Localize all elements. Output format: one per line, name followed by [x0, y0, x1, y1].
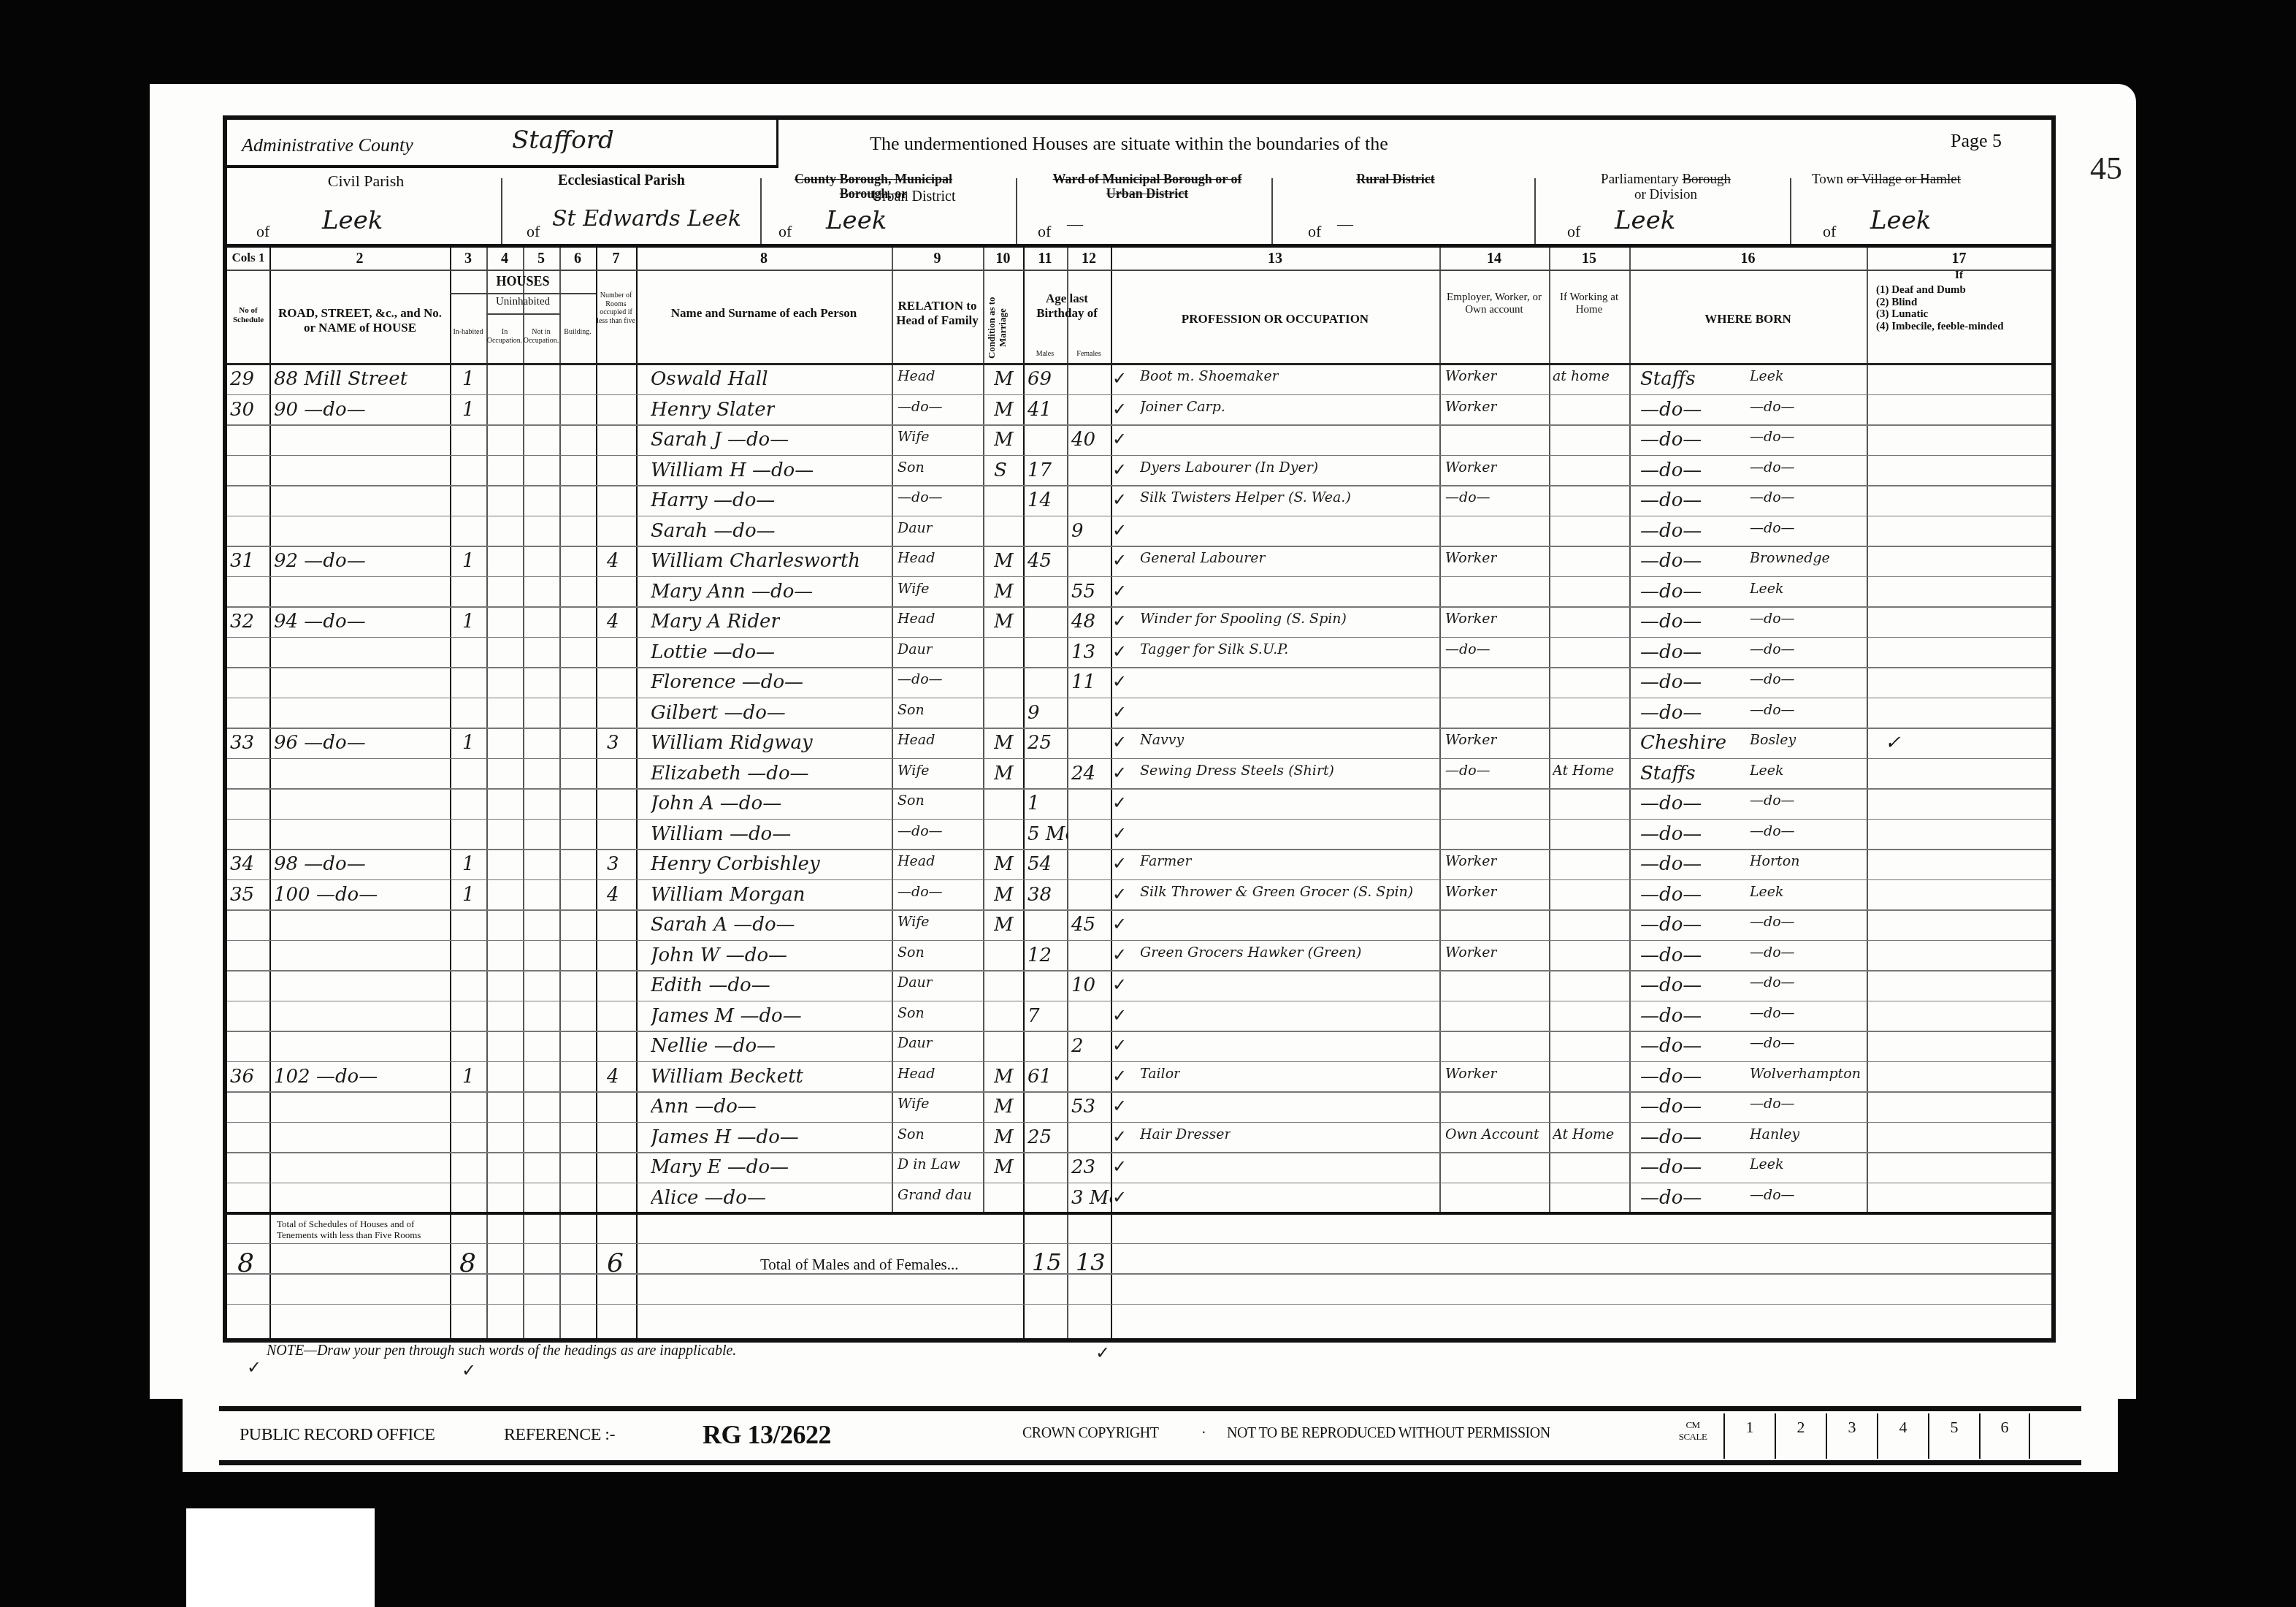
row-occupation: Farmer: [1140, 853, 1192, 869]
sheet-number: 45: [2090, 150, 2122, 187]
check-mark-icon: ✓: [1112, 671, 1127, 692]
row-occupation: Tailor: [1140, 1066, 1180, 1082]
table-row: Lottie —do—Daur13Tagger for Silk S.U.P.—…: [227, 638, 2051, 669]
table-row: James H —do—SonM25Hair DresserOwn Accoun…: [227, 1123, 2051, 1154]
table-row: Florence —do——do—11—do——do—✓: [227, 668, 2051, 699]
census-form: Administrative County Stafford The under…: [223, 115, 2056, 1343]
row-rooms: 4: [607, 611, 619, 633]
row-age-female: 2: [1071, 1035, 1084, 1057]
row-inhabited: 1: [462, 732, 475, 754]
row-age-male: 5 Mo: [1028, 823, 1068, 845]
row-name: Alice —do—: [651, 1187, 766, 1209]
row-relation: —do—: [898, 884, 943, 900]
row-relation: Head: [898, 1066, 935, 1082]
row-relation: Daur: [898, 641, 933, 657]
check-mark-icon: ✓: [1112, 732, 1127, 753]
row-born-county: —do—: [1640, 1066, 1702, 1088]
check-mark-icon: ✓: [1112, 793, 1127, 814]
table-row: Sarah A —do—WifeM45—do——do—✓: [227, 911, 2051, 942]
row-born-county: —do—: [1640, 974, 1702, 996]
row-relation: Head: [898, 853, 935, 869]
row-address: 90 —do—: [274, 399, 366, 421]
row-relation: Head: [898, 368, 935, 384]
row-infirmity: ✓: [1885, 732, 1901, 754]
check-mark-icon: ✓: [1112, 611, 1127, 632]
row-condition: M: [994, 368, 1014, 390]
row-relation: Wife: [898, 763, 930, 779]
row-age-female: 23: [1071, 1156, 1095, 1178]
table-row: Elizabeth —do—WifeM24Sewing Dress Steels…: [227, 760, 2051, 790]
row-born-county: —do—: [1640, 429, 1702, 451]
row-name: Sarah J —do—: [651, 429, 789, 451]
urban-district-label: Urban District: [862, 188, 965, 205]
row-name: Ann —do—: [651, 1096, 757, 1118]
row-born-place: —do—: [1750, 793, 1795, 809]
row-relation: Son: [898, 1126, 925, 1142]
row-inhabited: 1: [462, 884, 475, 906]
row-name: William Beckett: [651, 1066, 803, 1088]
row-employment: Worker: [1445, 853, 1497, 869]
table-row: 35100 —do—14William Morgan—do—M38Silk Th…: [227, 881, 2051, 912]
row-inhabited: 1: [462, 368, 475, 390]
row-born-county: —do—: [1640, 853, 1702, 875]
table-row: Sarah —do—Daur9—do——do—✓: [227, 517, 2051, 548]
row-inhabited: 1: [462, 550, 475, 572]
ward-value: —: [1067, 215, 1083, 234]
row-born-county: —do—: [1640, 1187, 1702, 1209]
row-address: 98 —do—: [274, 853, 366, 875]
row-born-place: Leek: [1750, 884, 1784, 900]
row-born-county: Staffs: [1640, 763, 1696, 785]
row-relation: —do—: [898, 489, 943, 505]
civil-parish-label: Civil Parish: [256, 172, 475, 190]
row-employment: Worker: [1445, 459, 1497, 476]
row-born-place: Brownedge: [1750, 550, 1830, 566]
table-row: Mary E —do—D in LawM23—do—Leek✓: [227, 1153, 2051, 1184]
row-employment: Worker: [1445, 399, 1497, 415]
row-age-female: 40: [1071, 429, 1095, 451]
check-mark-icon: ✓: [1112, 974, 1127, 996]
row-condition: M: [994, 399, 1014, 421]
row-born-place: —do—: [1750, 520, 1795, 536]
row-at-home: At Home: [1553, 763, 1614, 779]
table-row: Alice —do—Grand dau3 Mo—do——do—✓: [227, 1184, 2051, 1215]
total-males-females-label: Total of Males and of Females...: [760, 1256, 958, 1274]
row-age-female: 48: [1071, 611, 1095, 633]
check-mark-icon: ✓: [1112, 1126, 1127, 1148]
row-relation: Daur: [898, 974, 933, 990]
row-age-male: 61: [1028, 1066, 1052, 1088]
row-born-place: Leek: [1750, 1156, 1784, 1172]
row-name: Florence —do—: [651, 671, 803, 693]
row-condition: S: [994, 459, 1007, 481]
row-relation: —do—: [898, 671, 943, 687]
row-born-place: —do—: [1750, 489, 1795, 505]
row-occupation: Winder for Spooling (S. Spin): [1140, 611, 1347, 627]
check-mark-icon: ✓: [1112, 823, 1127, 844]
row-occupation: Silk Twisters Helper (S. Wea.): [1140, 489, 1351, 505]
row-born-county: —do—: [1640, 641, 1702, 663]
row-born-place: —do—: [1750, 399, 1795, 415]
col-infirmity-heading: (1) Deaf and Dumb(2) Blind(3) Lunatic(4)…: [1876, 284, 2004, 332]
row-relation: Son: [898, 793, 925, 809]
check-mark-icon: ✓: [1112, 1187, 1127, 1208]
check-mark-icon: ✓: [1112, 1066, 1127, 1087]
row-occupation: General Labourer: [1140, 550, 1266, 566]
row-age-male: 69: [1028, 368, 1052, 390]
row-age-female: 55: [1071, 581, 1095, 603]
row-name: James M —do—: [651, 1005, 802, 1027]
town-label: Town or Village or Hamlet: [1812, 172, 2046, 188]
table-row: Sarah J —do—WifeM40—do——do—✓: [227, 426, 2051, 457]
row-name: William —do—: [651, 823, 791, 845]
row-condition: M: [994, 611, 1014, 633]
row-born-place: —do—: [1750, 1096, 1795, 1112]
row-address: 92 —do—: [274, 550, 366, 572]
row-employment: Worker: [1445, 944, 1497, 961]
row-rooms: 3: [607, 853, 619, 875]
table-row: 3090 —do—1Henry Slater—do—M41Joiner Carp…: [227, 396, 2051, 427]
row-condition: M: [994, 581, 1014, 603]
urban-district-value: Leek: [826, 206, 887, 235]
total-females: 13: [1076, 1248, 1106, 1276]
row-occupation: Green Grocers Hawker (Green): [1140, 944, 1361, 961]
row-age-male: 25: [1028, 732, 1052, 754]
col-at-home-heading: If Working at Home: [1549, 291, 1629, 317]
row-condition: M: [994, 1126, 1014, 1148]
row-born-county: —do—: [1640, 611, 1702, 633]
check-mark-icon: ✓: [1112, 429, 1127, 450]
total-rooms: 6: [607, 1248, 624, 1278]
col-age-heading: Age last Birthday of: [1025, 291, 1109, 320]
row-born-place: —do—: [1750, 823, 1795, 839]
row-schedule: 31: [230, 550, 254, 572]
row-condition: M: [994, 1156, 1014, 1178]
row-occupation: Navvy: [1140, 732, 1184, 748]
row-employment: Worker: [1445, 611, 1497, 627]
row-born-place: —do—: [1750, 671, 1795, 687]
row-age-female: 13: [1071, 641, 1095, 663]
row-relation: Wife: [898, 429, 930, 445]
check-mark-icon: ✓: [1112, 399, 1127, 420]
parliamentary-value: Leek: [1615, 206, 1675, 235]
table-row: 3396 —do—13William RidgwayHeadM25NavvyWo…: [227, 729, 2051, 760]
row-occupation: Silk Thrower & Green Grocer (S. Spin): [1140, 884, 1413, 900]
civil-parish-value: Leek: [322, 206, 383, 235]
row-born-place: —do—: [1750, 944, 1795, 961]
row-born-place: Hanley: [1750, 1126, 1799, 1142]
row-born-place: —do—: [1750, 611, 1795, 627]
table-row: William H —do—SonS17Dyers Labourer (In D…: [227, 457, 2051, 487]
table-row: Harry —do——do—14Silk Twisters Helper (S.…: [227, 486, 2051, 517]
row-born-county: —do—: [1640, 581, 1702, 603]
row-age-female: 3 Mo: [1071, 1187, 1111, 1209]
row-born-place: Leek: [1750, 581, 1784, 597]
row-occupation: Hair Dresser: [1140, 1126, 1231, 1142]
row-relation: —do—: [898, 823, 943, 839]
ecclesiastical-parish-value: St Edwards Leek: [552, 206, 741, 232]
row-born-place: Horton: [1750, 853, 1799, 869]
row-occupation: Joiner Carp.: [1140, 399, 1225, 415]
table-row: John A —do—Son1—do——do—✓: [227, 790, 2051, 820]
footer-scale-label: CM SCALE: [1678, 1419, 1707, 1442]
row-age-male: 7: [1028, 1005, 1040, 1027]
row-born-place: Leek: [1750, 763, 1784, 779]
check-mark-icon: ✓: [1112, 702, 1127, 723]
row-rooms: 4: [607, 550, 619, 572]
row-born-county: —do—: [1640, 550, 1702, 572]
check-mark-icon: ✓: [1112, 1156, 1127, 1177]
row-rooms: 3: [607, 732, 619, 754]
col-address-heading: ROAD, STREET, &c., and No. or NAME of HO…: [272, 306, 448, 335]
table-row: Ann —do—WifeM53—do——do—✓: [227, 1093, 2051, 1123]
town-value: Leek: [1870, 206, 1931, 235]
admin-county-label: Administrative County: [242, 134, 413, 156]
col-employment-heading: Employer, Worker, or Own account: [1439, 291, 1549, 317]
row-employment: Worker: [1445, 732, 1497, 748]
row-inhabited: 1: [462, 1066, 475, 1088]
row-relation: Head: [898, 550, 935, 566]
row-relation: Son: [898, 702, 925, 718]
row-age-female: 11: [1071, 671, 1095, 693]
row-name: Edith —do—: [651, 974, 770, 996]
intro-text: The undermentioned Houses are situate wi…: [870, 133, 1388, 155]
col-houses-heading: HOUSES: [450, 274, 596, 289]
row-born-place: —do—: [1750, 1035, 1795, 1051]
row-schedule: 34: [230, 853, 254, 875]
row-employment: Own Account: [1445, 1126, 1539, 1142]
row-relation: Daur: [898, 1035, 933, 1051]
table-row: Mary Ann —do—WifeM55—do—Leek✓: [227, 578, 2051, 608]
check-mark-icon: ✓: [1112, 944, 1127, 966]
row-schedule: 30: [230, 399, 254, 421]
row-age-female: 9: [1071, 520, 1084, 542]
row-age-male: 25: [1028, 1126, 1052, 1148]
row-relation: Wife: [898, 581, 930, 597]
check-mark-icon: ✓: [1112, 1035, 1127, 1056]
row-name: Mary A Rider: [651, 611, 780, 633]
row-name: Mary E —do—: [651, 1156, 789, 1178]
check-mark-icon: ✓: [1112, 581, 1127, 602]
row-schedule: 35: [230, 884, 254, 906]
row-address: 100 —do—: [274, 884, 378, 906]
table-row: 36102 —do—14William BeckettHeadM61Tailor…: [227, 1063, 2051, 1093]
row-born-county: —do—: [1640, 520, 1702, 542]
check-mark-icon: ✓: [1112, 368, 1127, 389]
row-relation: Head: [898, 611, 935, 627]
row-born-place: —do—: [1750, 459, 1795, 476]
row-relation: Son: [898, 1005, 925, 1021]
row-employment: Worker: [1445, 884, 1497, 900]
row-name: John W —do—: [651, 944, 787, 966]
check-mark-icon: ✓: [1112, 550, 1127, 571]
row-relation: Head: [898, 732, 935, 748]
row-condition: M: [994, 732, 1014, 754]
col-occupation-heading: PROFESSION OR OCCUPATION: [1111, 312, 1439, 327]
row-name: William Charlesworth: [651, 550, 860, 572]
row-relation: Daur: [898, 520, 933, 536]
row-employment: —do—: [1445, 489, 1491, 505]
row-schedule: 36: [230, 1066, 254, 1088]
row-rooms: 4: [607, 884, 619, 906]
row-address: 88 Mill Street: [274, 368, 407, 390]
row-born-county: —do—: [1640, 944, 1702, 966]
table-row: 3294 —do—14Mary A RiderHeadM48Winder for…: [227, 608, 2051, 638]
row-name: Nellie —do—: [651, 1035, 776, 1057]
row-name: Oswald Hall: [651, 368, 768, 390]
row-name: Gilbert —do—: [651, 702, 786, 724]
table-row: James M —do—Son7—do——do—✓: [227, 1002, 2051, 1033]
row-born-place: Leek: [1750, 368, 1784, 384]
check-mark-icon: ✓: [1112, 763, 1127, 784]
check-mark-icon: ✓: [1112, 1005, 1127, 1026]
check-mark-icon: ✓: [1112, 853, 1127, 874]
row-condition: M: [994, 429, 1014, 451]
row-employment: Worker: [1445, 368, 1497, 384]
footer-copyright: CROWN COPYRIGHT: [1022, 1425, 1158, 1442]
row-born-county: —do—: [1640, 1035, 1702, 1057]
row-born-place: —do—: [1750, 914, 1795, 930]
col-relation-heading: RELATION to Head of Family: [892, 299, 983, 327]
footer-reference-label: REFERENCE :-: [504, 1425, 615, 1445]
admin-county-value: Stafford: [512, 126, 614, 155]
row-born-county: —do—: [1640, 823, 1702, 845]
row-born-county: —do—: [1640, 702, 1702, 724]
row-address: 94 —do—: [274, 611, 366, 633]
footer-permission: NOT TO BE REPRODUCED WITHOUT PERMISSION: [1227, 1425, 1550, 1442]
row-occupation: Boot m. Shoemaker: [1140, 368, 1279, 384]
row-name: William Morgan: [651, 884, 805, 906]
row-condition: M: [994, 884, 1014, 906]
row-born-county: —do—: [1640, 1005, 1702, 1027]
total-inhabited: 8: [459, 1248, 476, 1278]
row-age-male: 41: [1028, 399, 1052, 421]
row-rooms: 4: [607, 1066, 619, 1088]
row-age-male: 17: [1028, 459, 1052, 481]
row-age-male: 12: [1028, 944, 1052, 966]
row-born-place: —do—: [1750, 974, 1795, 990]
row-born-county: Staffs: [1640, 368, 1696, 390]
ward-label-struck: Ward of Municipal Borough or of Urban Di…: [1038, 172, 1257, 202]
row-name: Harry —do—: [651, 489, 775, 511]
row-relation: D in Law: [898, 1156, 960, 1172]
col-condition-heading: Condition as to Marriage: [987, 291, 1019, 364]
check-mark-icon: ✓: [1112, 520, 1127, 541]
row-schedule: 29: [230, 368, 254, 390]
row-born-place: Wolverhampton: [1750, 1066, 1861, 1082]
row-born-place: Bosley: [1750, 732, 1796, 748]
row-occupation: Tagger for Silk S.U.P.: [1140, 641, 1288, 657]
row-at-home: At Home: [1553, 1126, 1614, 1142]
row-employment: —do—: [1445, 641, 1491, 657]
row-age-male: 9: [1028, 702, 1040, 724]
row-employment: —do—: [1445, 763, 1491, 779]
archive-footer: PUBLIC RECORD OFFICE REFERENCE :- RG 13/…: [183, 1399, 2118, 1472]
footer-reference: RG 13/2622: [703, 1419, 831, 1450]
check-mark-icon: ✓: [1112, 914, 1127, 935]
census-table: Cols 1 2 3 4 5 6 7 8 9 10 11 12 13 14 15…: [227, 248, 2051, 1338]
row-age-female: 10: [1071, 974, 1095, 996]
row-condition: M: [994, 1096, 1014, 1118]
row-inhabited: 1: [462, 853, 475, 875]
row-relation: Wife: [898, 914, 930, 930]
row-employment: Worker: [1445, 1066, 1497, 1082]
row-name: Henry Slater: [651, 399, 775, 421]
row-relation: —do—: [898, 399, 943, 415]
row-name: Henry Corbishley: [651, 853, 820, 875]
row-born-county: —do—: [1640, 914, 1702, 936]
table-row: Nellie —do—Daur2—do——do—✓: [227, 1032, 2051, 1063]
row-address: 96 —do—: [274, 732, 366, 754]
col-name-heading: Name and Surname of each Person: [665, 306, 862, 321]
table-row: 3192 —do—14William CharlesworthHeadM45Ge…: [227, 547, 2051, 578]
row-occupation: Dyers Labourer (In Dyer): [1140, 459, 1318, 476]
row-born-county: —do—: [1640, 1126, 1702, 1148]
check-mark-icon: ✓: [1112, 641, 1127, 663]
row-name: Sarah A —do—: [651, 914, 795, 936]
row-age-male: 54: [1028, 853, 1052, 875]
total-schedules-label: Total of Schedules of Houses and of Tene…: [277, 1219, 445, 1241]
row-born-county: —do—: [1640, 793, 1702, 814]
check-mark-icon: ✓: [1112, 459, 1127, 481]
col-where-born-heading: WHERE BORN: [1629, 312, 1867, 327]
row-condition: M: [994, 763, 1014, 785]
row-schedule: 32: [230, 611, 254, 633]
row-age-male: 14: [1028, 489, 1052, 511]
table-row: William —do——do—5 Mo—do——do—✓: [227, 820, 2051, 851]
row-schedule: 33: [230, 732, 254, 754]
rural-district-value: —: [1337, 215, 1353, 234]
blank-label-patch: [186, 1508, 375, 1607]
row-age-male: 1: [1028, 793, 1040, 814]
row-born-county: —do—: [1640, 1156, 1702, 1178]
total-males: 15: [1032, 1248, 1062, 1276]
row-age-female: 24: [1071, 763, 1095, 785]
row-name: William Ridgway: [651, 732, 813, 754]
row-born-county: —do—: [1640, 1096, 1702, 1118]
row-condition: M: [994, 853, 1014, 875]
check-mark-icon: ✓: [1112, 489, 1127, 511]
row-born-county: —do—: [1640, 459, 1702, 481]
row-born-place: —do—: [1750, 1187, 1795, 1203]
table-row: Gilbert —do—Son9—do——do—✓: [227, 699, 2051, 730]
page-label: Page 5: [1951, 130, 2002, 152]
row-relation: Son: [898, 459, 925, 476]
row-relation: Wife: [898, 1096, 930, 1112]
row-age-female: 53: [1071, 1096, 1095, 1118]
parliamentary-label: Parliamentary Boroughor Division: [1556, 172, 1775, 203]
row-born-county: —do—: [1640, 884, 1702, 906]
row-name: Sarah —do—: [651, 520, 776, 542]
row-born-place: —do—: [1750, 429, 1795, 445]
check-mark-icon: ✓: [1112, 884, 1127, 905]
row-condition: M: [994, 914, 1014, 936]
row-inhabited: 1: [462, 399, 475, 421]
row-name: John A —do—: [651, 793, 781, 814]
table-row: 2988 Mill Street1Oswald HallHeadM69Boot …: [227, 365, 2051, 396]
row-occupation: Sewing Dress Steels (Shirt): [1140, 763, 1334, 779]
row-condition: M: [994, 550, 1014, 572]
row-born-county: —do—: [1640, 671, 1702, 693]
row-name: William H —do—: [651, 459, 814, 481]
row-at-home: at home: [1553, 368, 1610, 384]
row-name: James H —do—: [651, 1126, 799, 1148]
total-schedules: 8: [237, 1248, 254, 1278]
row-relation: Son: [898, 944, 925, 961]
row-condition: M: [994, 1066, 1014, 1088]
row-inhabited: 1: [462, 611, 475, 633]
check-mark-icon: ✓: [1112, 1096, 1127, 1117]
